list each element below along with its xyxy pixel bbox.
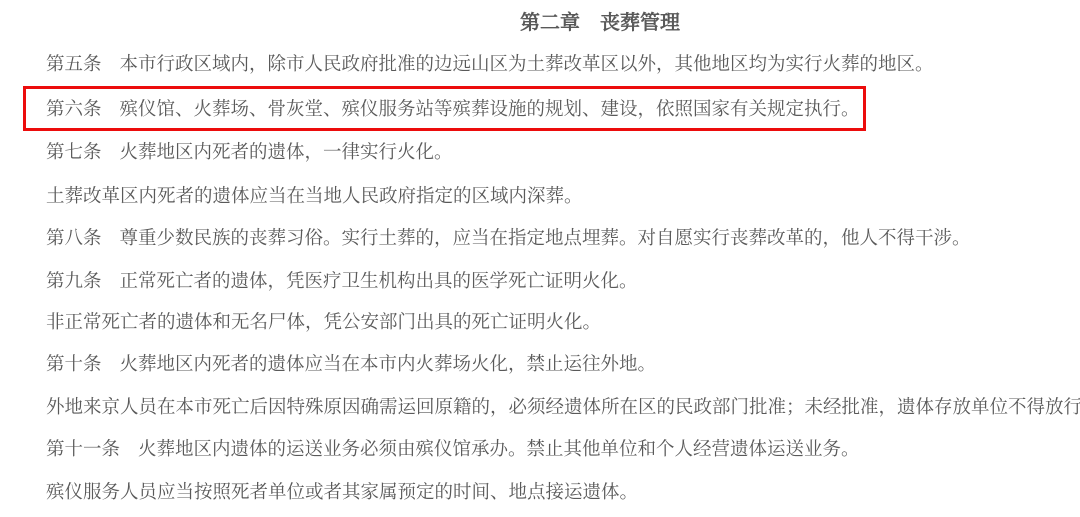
paragraph-article-7: 第七条火葬地区内死者的遗体，一律实行火化。 [46, 139, 453, 165]
paragraph-article-5: 第五条本市行政区域内，除市人民政府批准的边远山区为土葬改革区以外，其他地区均为实… [46, 51, 934, 77]
paragraph-article-9: 第九条正常死亡者的遗体，凭医疗卫生机构出具的医学死亡证明火化。 [46, 268, 638, 294]
article-number: 第九条 [46, 270, 102, 291]
article-number: 第七条 [46, 141, 102, 162]
paragraph-article-9-continuation: 非正常死亡者的遗体和无名尸体，凭公安部门出具的死亡证明火化。 [46, 309, 601, 335]
article-number: 第十一条 [46, 438, 120, 459]
paragraph-article-7-continuation: 土葬改革区内死者的遗体应当在当地人民政府指定的区域内深葬。 [46, 183, 583, 209]
paragraph-article-10: 第十条火葬地区内死者的遗体应当在本市内火葬场火化，禁止运往外地。 [46, 351, 656, 377]
regulation-document-page: 第二章 丧葬管理 第五条本市行政区域内，除市人民政府批准的边远山区为土葬改革区以… [0, 0, 1080, 517]
article-text: 本市行政区域内，除市人民政府批准的边远山区为土葬改革区以外，其他地区均为实行火葬… [120, 53, 934, 74]
article-text: 外地来京人员在本市死亡后因特殊原因确需运回原籍的，必须经遗体所在区的民政部门批准… [46, 396, 1080, 417]
article-text: 殡仪服务人员应当按照死者单位或者其家属预定的时间、地点接运遗体。 [46, 481, 638, 502]
paragraph-article-11-continuation: 殡仪服务人员应当按照死者单位或者其家属预定的时间、地点接运遗体。 [46, 479, 638, 505]
article-text: 尊重少数民族的丧葬习俗。实行土葬的，应当在指定地点埋葬。对自愿实行丧葬改革的，他… [120, 227, 971, 248]
paragraph-article-8: 第八条尊重少数民族的丧葬习俗。实行土葬的，应当在指定地点埋葬。对自愿实行丧葬改革… [46, 225, 971, 251]
article-text: 火葬地区内死者的遗体，一律实行火化。 [120, 141, 453, 162]
paragraph-article-11: 第十一条火葬地区内遗体的运送业务必须由殡仪馆承办。禁止其他单位和个人经营遗体运送… [46, 436, 860, 462]
article-text: 火葬地区内死者的遗体应当在本市内火葬场火化，禁止运往外地。 [120, 353, 657, 374]
paragraph-article-10-continuation: 外地来京人员在本市死亡后因特殊原因确需运回原籍的，必须经遗体所在区的民政部门批准… [46, 394, 1080, 420]
article-number: 第五条 [46, 53, 102, 74]
article-number: 第八条 [46, 227, 102, 248]
article-number: 第十条 [46, 353, 102, 374]
article-text: 火葬地区内遗体的运送业务必须由殡仪馆承办。禁止其他单位和个人经营遗体运送业务。 [138, 438, 860, 459]
article-text: 正常死亡者的遗体，凭医疗卫生机构出具的医学死亡证明火化。 [120, 270, 638, 291]
paragraph-article-6: 第六条殡仪馆、火葬场、骨灰堂、殡仪服务站等殡葬设施的规划、建设，依照国家有关规定… [46, 96, 860, 122]
article-text: 土葬改革区内死者的遗体应当在当地人民政府指定的区域内深葬。 [46, 185, 583, 206]
article-text: 殡仪馆、火葬场、骨灰堂、殡仪服务站等殡葬设施的规划、建设，依照国家有关规定执行。 [120, 98, 860, 119]
article-number: 第六条 [46, 98, 102, 119]
article-text: 非正常死亡者的遗体和无名尸体，凭公安部门出具的死亡证明火化。 [46, 311, 601, 332]
chapter-title: 第二章 丧葬管理 [0, 10, 1080, 36]
